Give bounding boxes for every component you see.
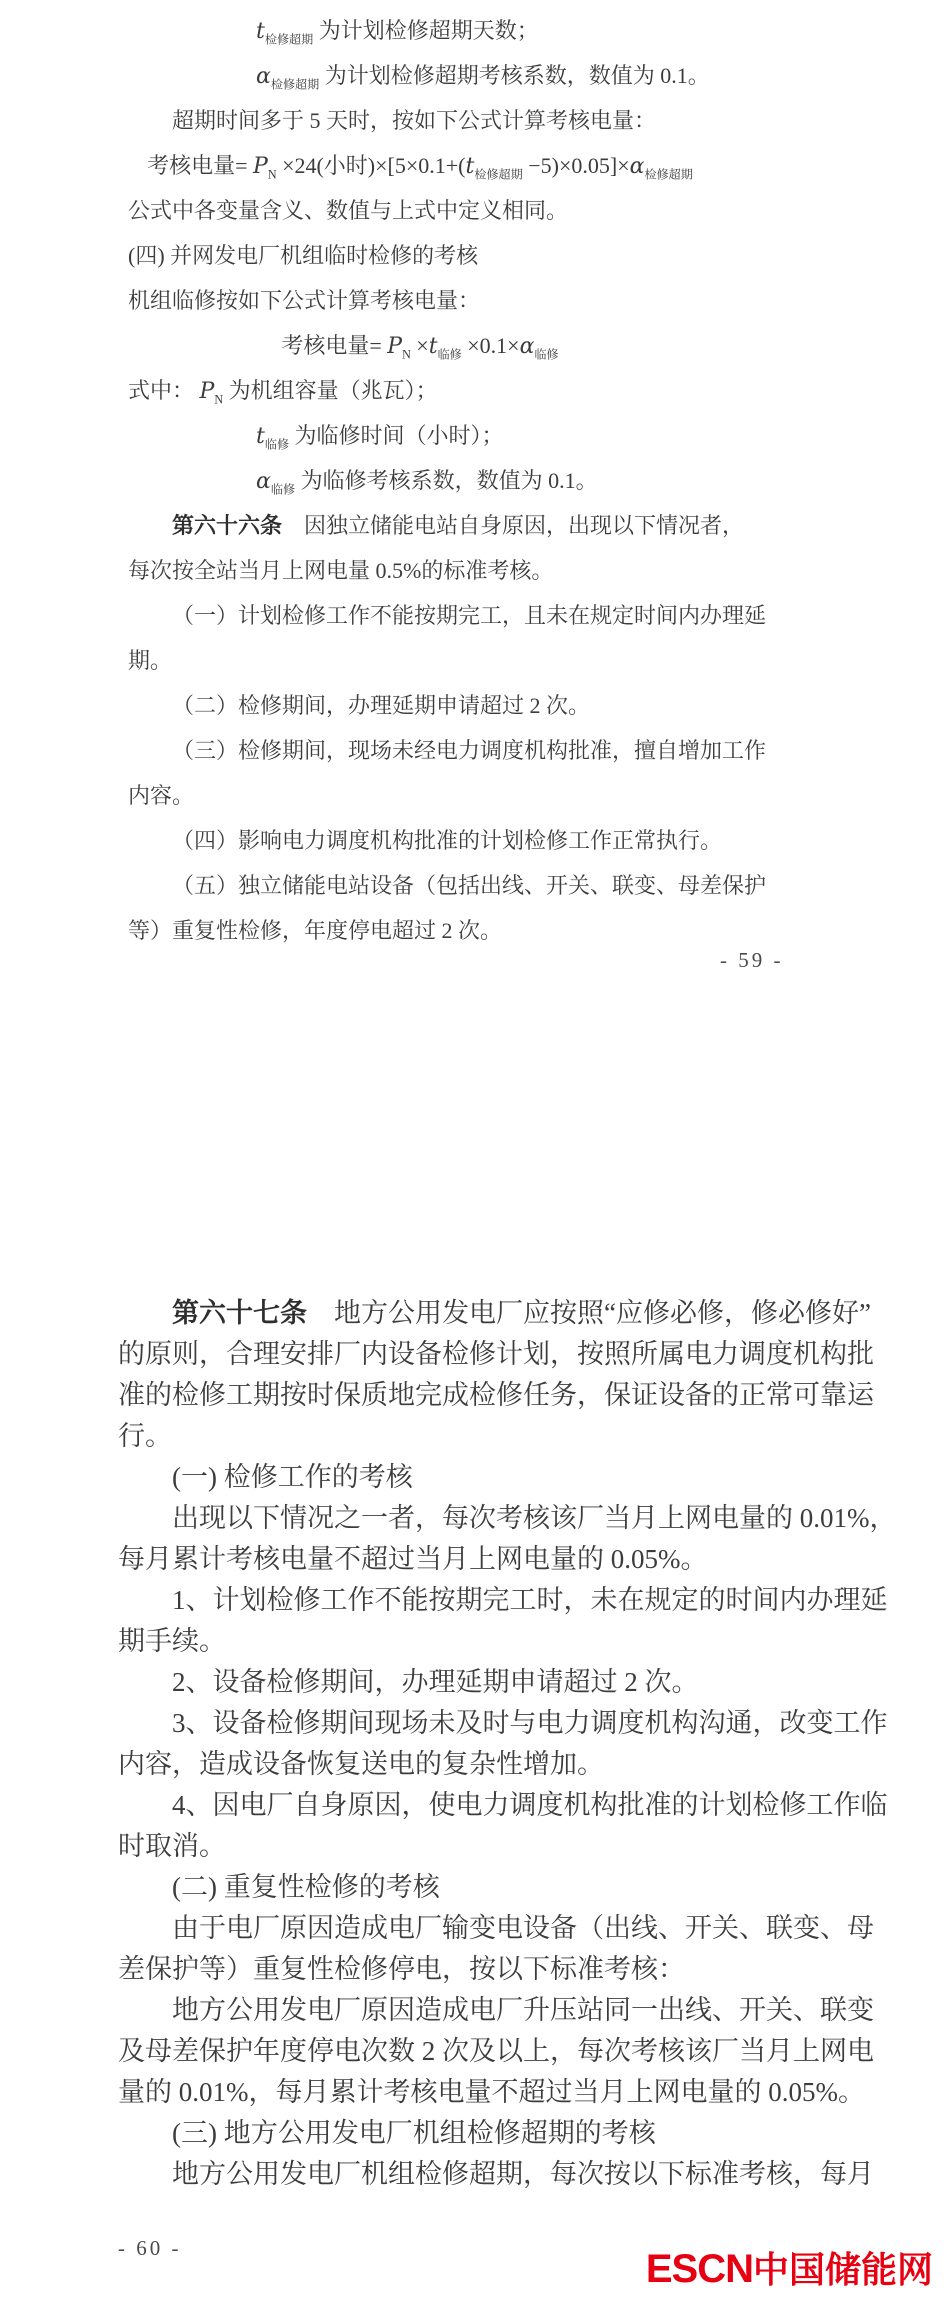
text-line: 考核电量= PN ×24(小时)×[5×0.1+(t检修超期 −5)×0.05]…: [128, 143, 712, 188]
text-line: 3、设备检修期间现场未及时与电力调度机构沟通，改变工作: [118, 1703, 863, 1744]
text-line: 行。: [118, 1416, 863, 1457]
text-line: 2、设备检修期间，办理延期申请超过 2 次。: [118, 1662, 863, 1703]
text-line: α临修 为临修考核系数，数值为 0.1。: [128, 458, 712, 503]
text-line: 地方公用发电厂原因造成电厂升压站同一出线、开关、联变: [118, 1990, 863, 2031]
text-line: 的原则，合理安排厂内设备检修计划，按照所属电力调度机构批: [118, 1334, 863, 1375]
text-line: 4、因电厂自身原因，使电力调度机构批准的计划检修工作临: [118, 1785, 863, 1826]
text-line: （四）影响电力调度机构批准的计划检修工作正常执行。: [128, 818, 712, 863]
text-line: 每月累计考核电量不超过当月上网电量的 0.05%。: [118, 1539, 863, 1580]
text-line: 由于电厂原因造成电厂输变电设备（出线、开关、联变、母: [118, 1908, 863, 1949]
text-line: (二) 重复性检修的考核: [118, 1867, 863, 1908]
escn-logo-en: ESCN: [646, 2247, 753, 2291]
text-line: 出现以下情况之一者，每次考核该厂当月上网电量的 0.01%，: [118, 1498, 863, 1539]
text-line: 第六十七条 地方公用发电厂应按照“应修必修，修必修好”: [118, 1293, 863, 1334]
text-line: 公式中各变量含义、数值与上式中定义相同。: [128, 188, 712, 233]
text-line: 机组临修按如下公式计算考核电量：: [128, 278, 712, 323]
text-line: 考核电量= PN ×t临修 ×0.1×α临修: [128, 323, 712, 368]
escn-logo-zh: 中国储能网: [753, 2249, 933, 2290]
text-line: 内容，造成设备恢复送电的复杂性增加。: [118, 1744, 863, 1785]
text-line: 超期时间多于 5 天时，按如下公式计算考核电量：: [128, 98, 712, 143]
text-line: (四) 并网发电厂机组临时检修的考核: [128, 233, 712, 278]
page-59-content: t检修超期 为计划检修超期天数；α检修超期 为计划检修超期考核系数，数值为 0.…: [128, 8, 712, 953]
text-line: 等）重复性检修，年度停电超过 2 次。: [128, 908, 712, 953]
text-line: 准的检修工期按时保质地完成检修任务，保证设备的正常可靠运: [118, 1375, 863, 1416]
text-line: 式中： PN 为机组容量（兆瓦）；: [128, 368, 712, 413]
text-line: 1、计划检修工作不能按期完工时，未在规定的时间内办理延: [118, 1580, 863, 1621]
text-line: (三) 地方公用发电厂机组检修超期的考核: [118, 2113, 863, 2154]
page-60-content: 第六十七条 地方公用发电厂应按照“应修必修，修必修好”的原则，合理安排厂内设备检…: [118, 1293, 863, 2195]
text-line: (一) 检修工作的考核: [118, 1457, 863, 1498]
text-line: 量的 0.01%，每月累计考核电量不超过当月上网电量的 0.05%。: [118, 2072, 863, 2113]
text-line: 期手续。: [118, 1621, 863, 1662]
text-line: （五）独立储能电站设备（包括出线、开关、联变、母差保护: [128, 863, 712, 908]
document-page: { "text_color": "#3c3c3c", "page59": { "…: [0, 0, 951, 2307]
page-number-60: - 60 -: [118, 2236, 182, 2261]
text-line: （三）检修期间，现场未经电力调度机构批准，擅自增加工作: [128, 728, 712, 773]
text-line: 期。: [128, 638, 712, 683]
text-line: 每次按全站当月上网电量 0.5%的标准考核。: [128, 548, 712, 593]
text-line: 差保护等）重复性检修停电，按以下标准考核：: [118, 1949, 863, 1990]
text-line: （二）检修期间，办理延期申请超过 2 次。: [128, 683, 712, 728]
text-line: α检修超期 为计划检修超期考核系数，数值为 0.1。: [128, 53, 712, 98]
text-line: （一）计划检修工作不能按期完工，且未在规定时间内办理延: [128, 593, 712, 638]
text-line: 时取消。: [118, 1826, 863, 1867]
text-line: 及母差保护年度停电次数 2 次及以上，每次考核该厂当月上网电: [118, 2031, 863, 2072]
escn-logo: ESCN中国储能网: [646, 2242, 933, 2293]
text-line: 内容。: [128, 773, 712, 818]
page-number-59: - 59 -: [720, 948, 784, 973]
text-line: t临修 为临修时间（小时）；: [128, 413, 712, 458]
text-line: 地方公用发电厂机组检修超期，每次按以下标准考核，每月: [118, 2154, 863, 2195]
text-line: 第六十六条 因独立储能电站自身原因，出现以下情况者，: [128, 503, 712, 548]
text-line: t检修超期 为计划检修超期天数；: [128, 8, 712, 53]
